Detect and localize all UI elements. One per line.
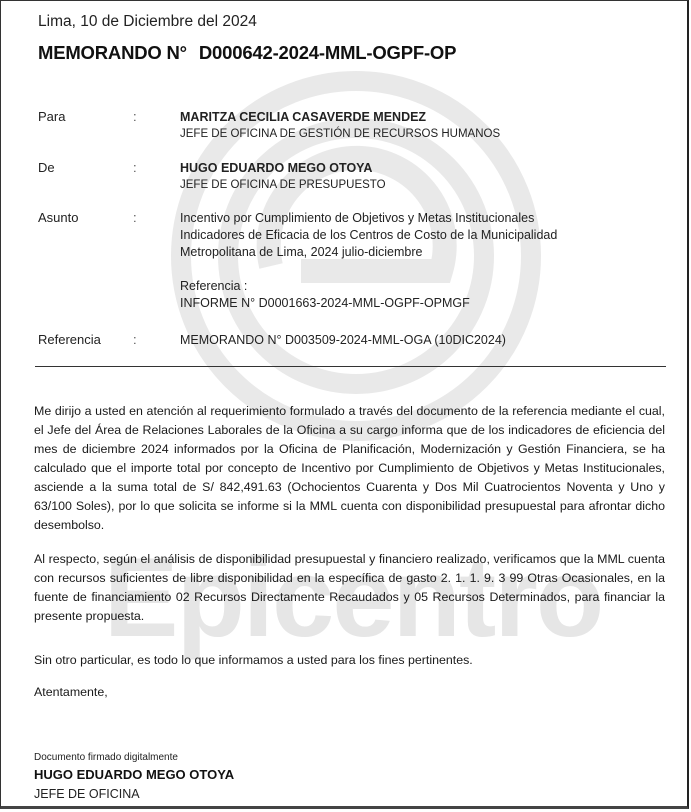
asunto-line: Indicadores de Eficacia de los Centros d… [180, 227, 557, 244]
asunto-ref-value: INFORME N° D0001663-2024-MML-OGPF-OPMGF [180, 295, 557, 312]
memo-date: Lima, 10 de Diciembre del 2024 [38, 13, 257, 31]
memo-document: Epicentro Lima, 10 de Diciembre del 2024… [0, 0, 689, 809]
body-paragraph-2: Al respecto, según el análisis de dispon… [34, 550, 665, 626]
memo-label: MEMORANDO N° [38, 42, 187, 63]
signature-note: Documento firmado digitalmente [34, 752, 178, 763]
asunto-colon: : [133, 210, 137, 225]
asunto-line: Metropolitana de Lima, 2024 julio-diciem… [180, 244, 557, 261]
de-colon: : [133, 160, 137, 175]
referencia-value: MEMORANDO N° D003509-2024-MML-OGA (10DIC… [180, 332, 506, 349]
signature-name: HUGO EDUARDO MEGO OTOYA [34, 767, 234, 782]
referencia-colon: : [133, 332, 137, 347]
para-label: Para [38, 109, 65, 124]
de-role: JEFE DE OFICINA DE PRESUPUESTO [180, 177, 386, 194]
para-name: MARITZA CECILIA CASAVERDE MENDEZ [180, 110, 426, 124]
asunto-line: Incentivo por Cumplimiento de Objetivos … [180, 210, 557, 227]
body-paragraph-3: Sin otro particular, es todo lo que info… [34, 651, 665, 670]
closing: Atentamente, [34, 683, 665, 702]
de-label: De [38, 160, 55, 175]
para-role: JEFE DE OFICINA DE GESTIÓN DE RECURSOS H… [180, 126, 500, 143]
de-value: HUGO EDUARDO MEGO OTOYA JEFE DE OFICINA … [180, 160, 386, 194]
asunto-ref-label: Referencia : [180, 278, 557, 295]
referencia-label: Referencia [38, 332, 101, 347]
de-name: HUGO EDUARDO MEGO OTOYA [180, 161, 372, 175]
body-paragraph-1: Me dirijo a usted en atención al requeri… [34, 402, 665, 535]
memo-number: D000642-2024-MML-OGPF-OP [199, 42, 456, 63]
asunto-value: Incentivo por Cumplimiento de Objetivos … [180, 210, 557, 312]
memo-title: MEMORANDO N°D000642-2024-MML-OGPF-OP [38, 42, 456, 64]
signature-role: JEFE DE OFICINA [34, 787, 140, 801]
para-colon: : [133, 109, 137, 124]
header-divider [35, 366, 666, 367]
asunto-label: Asunto [38, 210, 78, 225]
para-value: MARITZA CECILIA CASAVERDE MENDEZ JEFE DE… [180, 109, 500, 143]
